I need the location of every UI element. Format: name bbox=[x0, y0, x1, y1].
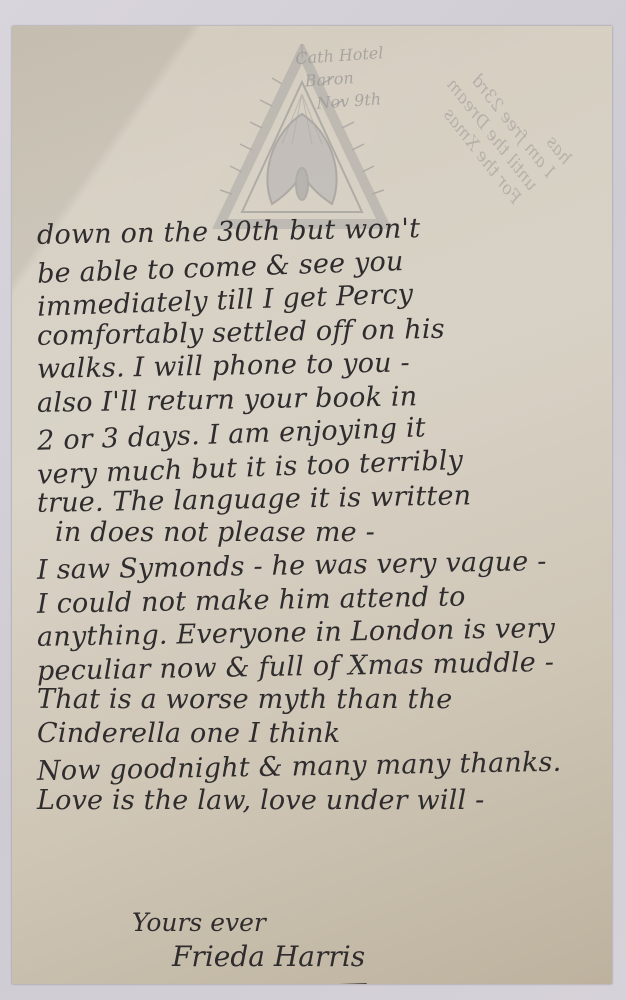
body-line: Love is the law, love under will - bbox=[37, 784, 597, 818]
bleed-through-top: has I am free 23rd until the Dream For t… bbox=[425, 49, 576, 209]
body-line: Now goodnight & many many thanks. bbox=[37, 745, 597, 788]
letter-body: down on the 30th but won't be able to co… bbox=[37, 214, 597, 817]
closing: Yours ever bbox=[132, 908, 266, 937]
signature-underline bbox=[197, 983, 367, 984]
body-line: That is a worse myth than the bbox=[37, 683, 597, 717]
body-line: in does not please me - bbox=[37, 516, 597, 550]
address-line: Nov 9th bbox=[316, 89, 387, 113]
address-line: Baron bbox=[304, 66, 385, 91]
letter-paper: Cath Hotel Baron Nov 9th has I am free 2… bbox=[12, 26, 612, 984]
signature: Frieda Harris bbox=[172, 940, 365, 973]
letterhead-address: Cath Hotel Baron Nov 9th bbox=[295, 43, 388, 119]
body-line: Cinderella one I think bbox=[37, 717, 597, 751]
